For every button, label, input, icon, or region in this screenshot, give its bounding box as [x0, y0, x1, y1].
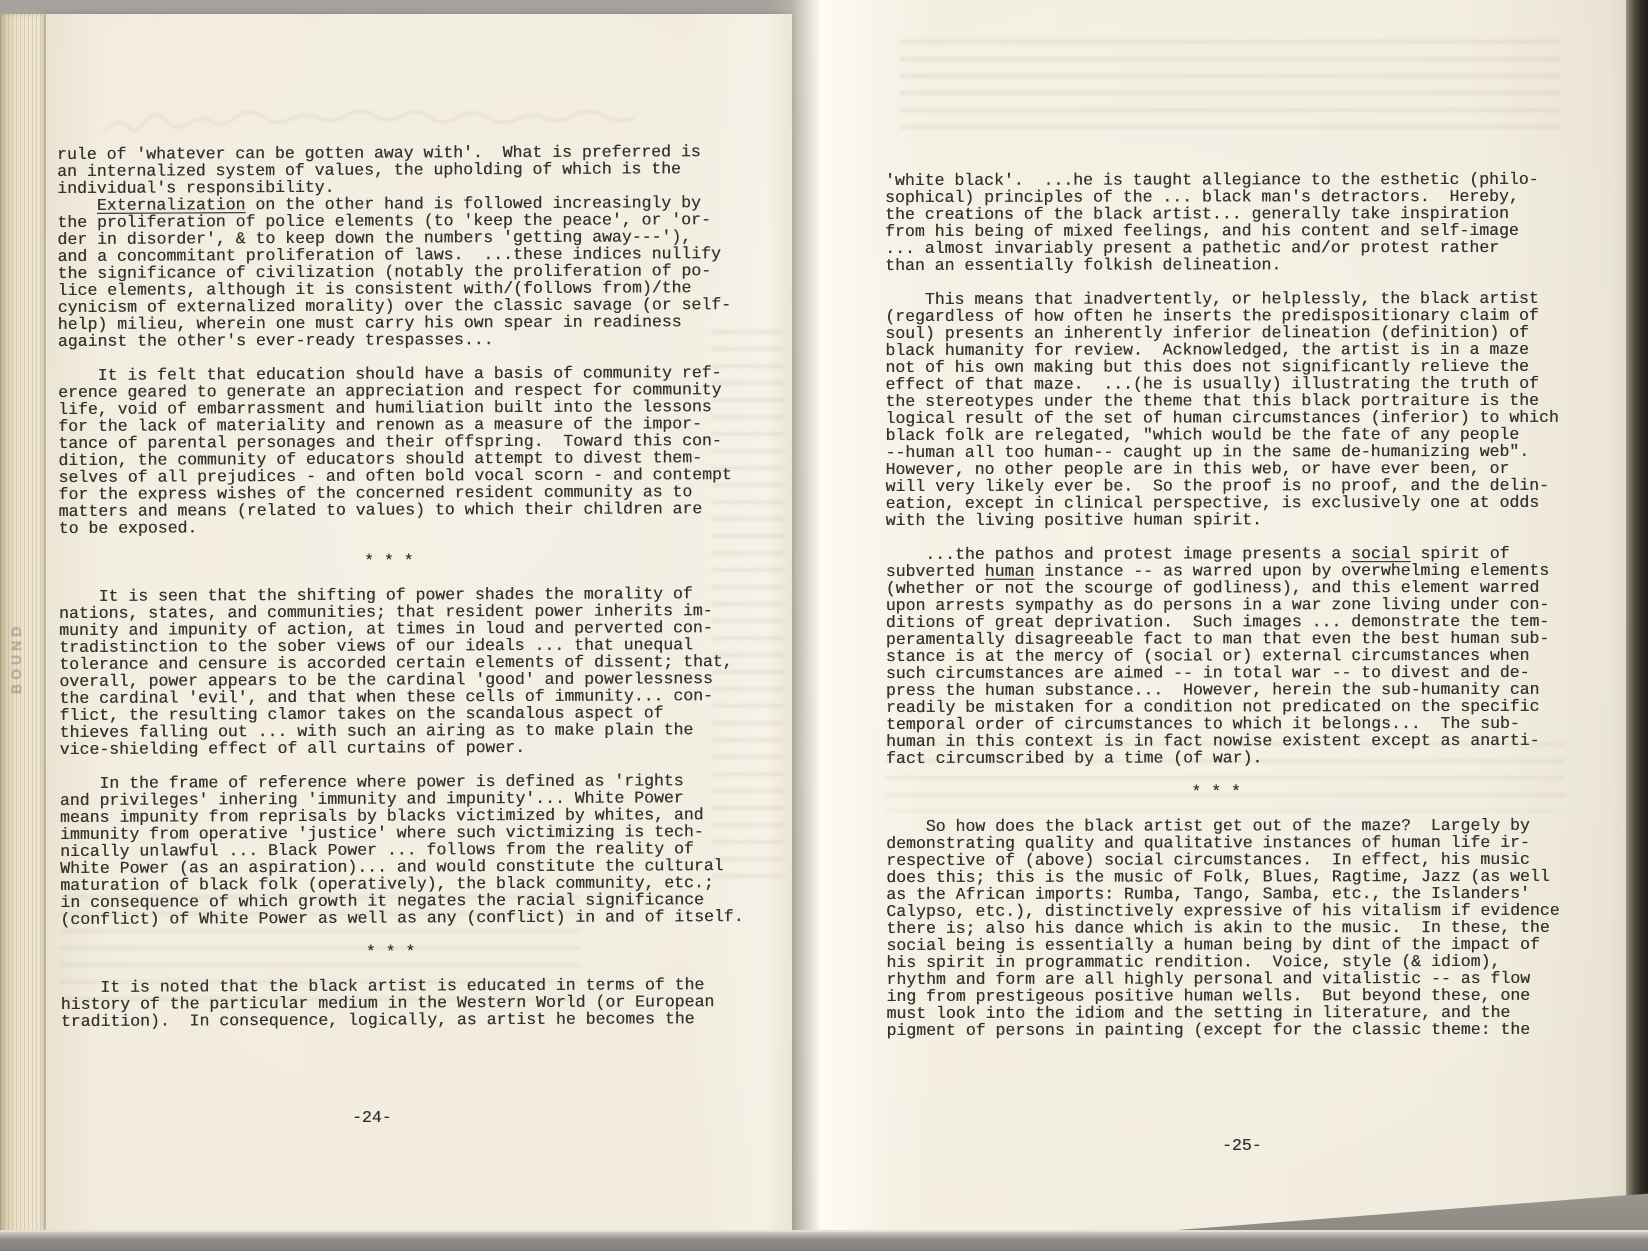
page-24-number: -24- — [352, 1108, 392, 1127]
book-cover-edge — [1626, 0, 1648, 1212]
paragraph: ...the pathos and protest image presents… — [886, 545, 1586, 767]
page-25-number: -25- — [1222, 1136, 1262, 1155]
paragraph: In the frame of reference where power is… — [60, 772, 741, 928]
paragraph: It is felt that education should have a … — [58, 364, 739, 537]
section-separator: * * * — [59, 551, 719, 571]
paragraph: It is noted that the black artist is edu… — [61, 976, 741, 1030]
page-24-text: rule of 'whatever can be gotten away wit… — [57, 143, 741, 1030]
paragraph: rule of 'whatever can be gotten away wit… — [57, 143, 737, 197]
paragraph: This means that inadvertently, or helple… — [885, 290, 1585, 529]
paragraph: Externalization on the other hand is fol… — [57, 194, 738, 350]
paragraph: 'white black'. ...he is taught allegianc… — [885, 171, 1585, 274]
section-separator: * * * — [886, 783, 1546, 801]
paragraph: So how does the black artist get out of … — [886, 817, 1586, 1039]
paragraph: It is seen that the shifting of power sh… — [59, 585, 740, 758]
page-25-text: 'white black'. ...he is taught allegianc… — [885, 171, 1587, 1039]
book-spread: BOUND rule of 'whatever can be gotten aw… — [0, 0, 1648, 1251]
section-separator: * * * — [60, 942, 720, 962]
scanner-background — [0, 1230, 1648, 1251]
book-fore-edge: BOUND — [0, 14, 46, 1234]
fore-edge-stamp: BOUND — [8, 444, 24, 694]
